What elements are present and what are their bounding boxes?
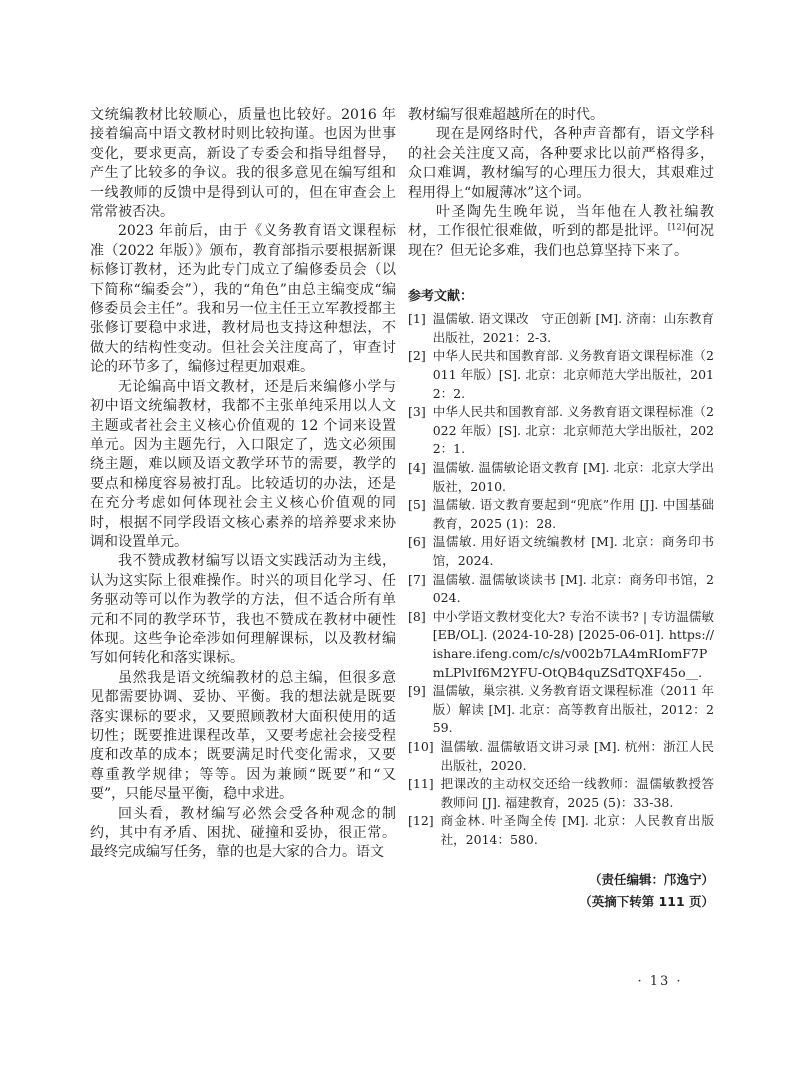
reference-item: [8] 中小学语文教材变化大? 专治不读书? | 专访温儒敏 [EB/OL]. … (408, 608, 714, 682)
references-heading: 参考文献： (408, 287, 714, 307)
reference-item: [7] 温儒敏. 温儒敏谈读书 [M]. 北京：商务印书馆，2024. (408, 571, 714, 608)
reference-item: [12] 商金林. 叶圣陶全传 [M]. 北京：人民教育出版社，2014：580… (408, 812, 714, 849)
reference-text: 中小学语文教材变化大? 专治不读书? | 专访温儒敏 [EB/OL]. (202… (433, 608, 714, 682)
reference-marker: [6] (408, 533, 433, 552)
reference-text: 把课改的主动权交还给一线教师：温儒敏教授答教师问 [J]. 福建教育，2025 … (441, 775, 714, 812)
reference-item: [2] 中华人民共和国教育部. 义务教育语文课程标准（2011 年版）[S]. … (408, 347, 714, 403)
reference-text: 商金林. 叶圣陶全传 [M]. 北京：人民教育出版社，2014：580. (441, 812, 714, 849)
reference-text: 温儒敏. 语文课改 守正创新 [M]. 济南：山东教育出版社，2021：2-3. (433, 310, 714, 347)
reference-marker: [3] (408, 403, 433, 422)
reference-text: 温儒敏，巢宗祺. 义务教育语文课程标准（2011 年版）解读 [M]. 北京：高… (433, 682, 714, 738)
body-paragraph: 我不赞成教材编写以语文实践活动为主线，认为这实际上很难操作。时兴的项目化学习、任… (90, 552, 396, 668)
page-number: · 13 · (600, 974, 720, 989)
reference-marker: [9] (408, 682, 433, 701)
reference-marker: [1] (408, 310, 433, 329)
document-page: 文统编教材比较顺心，质量也比较好。2016 年接着编高中语文教材时则比较拘谨。也… (0, 0, 800, 1077)
reference-marker: [10] (408, 738, 441, 757)
reference-marker: [2] (408, 347, 433, 366)
body-paragraph: 2023 年前后，由于《义务教育语文课程标准（2022 年版）》颁布，教育部指示… (90, 222, 396, 377)
left-column: 文统编教材比较顺心，质量也比较好。2016 年接着编高中语文教材时则比较拘谨。也… (90, 106, 396, 863)
reference-text: 中华人民共和国教育部. 义务教育语文课程标准（2011 年版）[S]. 北京：北… (433, 347, 714, 403)
reference-text: 温儒敏. 语文教育要起到“兜底”作用 [J]. 中国基础教育，2025 (1)：… (433, 496, 714, 533)
citation-superscript: [12] (668, 223, 685, 233)
reference-text: 温儒敏. 用好语文统编教材 [M]. 北京：商务印书馆，2024. (433, 533, 714, 570)
reference-item: [3] 中华人民共和国教育部. 义务教育语文课程标准（2022 年版）[S]. … (408, 403, 714, 459)
reference-text: 温儒敏. 温儒敏谈读书 [M]. 北京：商务印书馆，2024. (433, 571, 714, 608)
references-section: 参考文献： [1] 温儒敏. 语文课改 守正创新 [M]. 济南：山东教育出版社… (408, 287, 714, 849)
reference-item: [1] 温儒敏. 语文课改 守正创新 [M]. 济南：山东教育出版社，2021：… (408, 310, 714, 347)
body-paragraph-with-citation: 叶圣陶先生晚年说，当年他在人教社编教材，工作很忙很难做，听到的都是批评。[12]… (408, 203, 714, 261)
abstract-continuation-note: （英摘下转第 111 页） (408, 891, 714, 913)
reference-item: [5] 温儒敏. 语文教育要起到“兜底”作用 [J]. 中国基础教育，2025 … (408, 496, 714, 533)
body-paragraph: 虽然我是语文统编教材的总主编，但很多意见都需要协调、妥协、平衡。我的想法就是既要… (90, 669, 396, 805)
reference-item: [6] 温儒敏. 用好语文统编教材 [M]. 北京：商务印书馆，2024. (408, 533, 714, 570)
reference-marker: [11] (408, 775, 441, 794)
reference-text: 温儒敏. 温儒敏论语文教育 [M]. 北京：北京大学出版社，2010. (433, 459, 714, 496)
reference-text: 中华人民共和国教育部. 义务教育语文课程标准（2022 年版）[S]. 北京：北… (433, 403, 714, 459)
reference-item: [9] 温儒敏，巢宗祺. 义务教育语文课程标准（2011 年版）解读 [M]. … (408, 682, 714, 738)
reference-marker: [5] (408, 496, 433, 515)
citation-text-before: 叶圣陶先生晚年说，当年他在人教社编教材，工作很忙很难做，听到的都是批评。 (408, 204, 714, 239)
reference-marker: [12] (408, 812, 441, 831)
body-paragraph: 现在是网络时代，各种声音都有，语文学科的社会关注度又高，各种要求比以前严格得多，… (408, 125, 714, 203)
reference-marker: [8] (408, 608, 433, 627)
responsible-editor-note: （责任编辑：邝逸宁） (408, 869, 714, 891)
body-paragraph: 无论编高中语文教材，还是后来编修小学与初中语文统编教材，我都不主张单纯采用以人文… (90, 378, 396, 553)
reference-item: [4] 温儒敏. 温儒敏论语文教育 [M]. 北京：北京大学出版社，2010. (408, 459, 714, 496)
reference-item: [10] 温儒敏. 温儒敏语文讲习录 [M]. 杭州：浙江人民出版社，2020. (408, 738, 714, 775)
reference-marker: [4] (408, 459, 433, 478)
reference-marker: [7] (408, 571, 433, 590)
reference-item: [11] 把课改的主动权交还给一线教师：温儒敏教授答教师问 [J]. 福建教育，… (408, 775, 714, 812)
right-column: 教材编写很难超越所在的时代。 现在是网络时代，各种声音都有，语文学科的社会关注度… (408, 106, 714, 913)
body-paragraph: 回头看，教材编写必然会受各种观念的制约，其中有矛盾、困扰、碰撞和妥协，很正常。最… (90, 805, 396, 863)
editorial-notes: （责任编辑：邝逸宁） （英摘下转第 111 页） (408, 869, 714, 913)
reference-text: 温儒敏. 温儒敏语文讲习录 [M]. 杭州：浙江人民出版社，2020. (441, 738, 714, 775)
body-paragraph: 文统编教材比较顺心，质量也比较好。2016 年接着编高中语文教材时则比较拘谨。也… (90, 106, 396, 222)
body-paragraph: 教材编写很难超越所在的时代。 (408, 106, 714, 125)
